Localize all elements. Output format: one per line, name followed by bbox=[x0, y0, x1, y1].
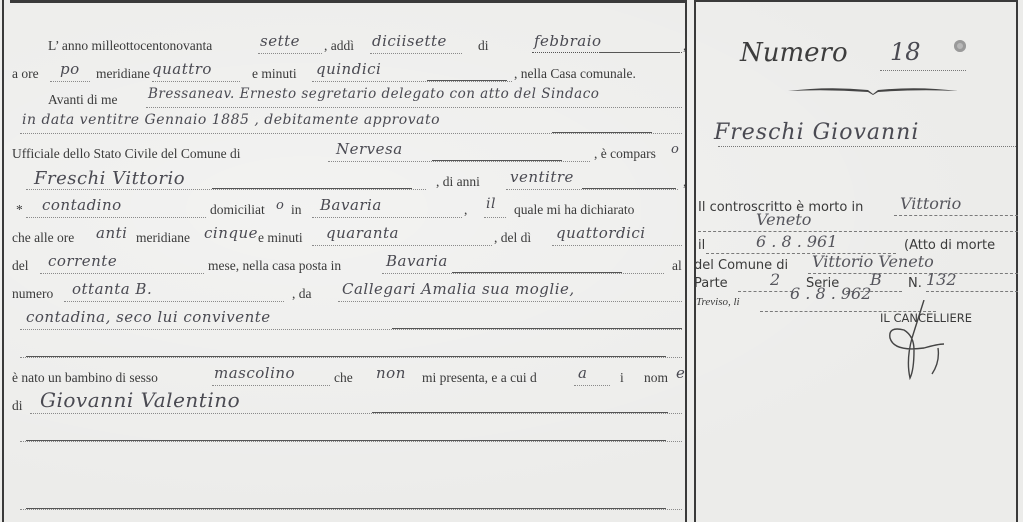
handwritten-annotation-date: 6 . 8 . 962 bbox=[790, 284, 871, 303]
label-dichiarato: quale mi ha dichiarato bbox=[514, 202, 634, 218]
label-avanti-di-me: Avanti di me bbox=[48, 92, 117, 108]
label-mese-casa: mese, nella casa posta in bbox=[208, 258, 341, 274]
label-comparso: , è compars bbox=[594, 146, 656, 162]
label-e-minuti: e minuti bbox=[252, 66, 297, 82]
label-comma: , bbox=[683, 38, 686, 54]
handwritten-age: ventitre bbox=[510, 168, 574, 186]
label-a-ore: a ore bbox=[12, 66, 39, 82]
line-blank-3 bbox=[12, 488, 684, 514]
label-domiciliat: domiciliat bbox=[210, 202, 265, 218]
handwritten-presents: non bbox=[376, 364, 406, 382]
handwritten-minutes: quindici bbox=[316, 60, 381, 78]
label-del-di: , del dì bbox=[494, 230, 531, 246]
handwritten-officer: Bressaneav. Ernesto segretario delegato … bbox=[148, 86, 599, 102]
label-casa-comunale: , nella Casa comunale. bbox=[514, 66, 636, 82]
handwritten-mother: Callegari Amalia sua moglie, bbox=[342, 280, 575, 298]
handwritten-year: sette bbox=[260, 32, 300, 50]
line-house-mother: numero ottanta B. , da Callegari Amalia … bbox=[12, 280, 684, 306]
handwritten-child-name: Giovanni Valentino bbox=[40, 388, 240, 412]
label-meridiane-2: meridiane bbox=[136, 230, 190, 246]
label-il: il bbox=[698, 238, 705, 253]
annotation-comune: del Comune di Vittorio Veneto bbox=[694, 256, 1023, 276]
line-birth-time: che alle ore anti meridiane cinque e min… bbox=[12, 224, 684, 250]
label-che: che bbox=[334, 370, 353, 386]
handwritten-comune: Nervesa bbox=[336, 140, 403, 158]
label-treviso-li: Treviso, li bbox=[696, 296, 740, 308]
numero-label: Numero bbox=[740, 38, 848, 68]
handwritten-sex: mascolino bbox=[214, 364, 295, 382]
label-ufficiale: Ufficiale dello Stato Civile del Comune … bbox=[12, 146, 240, 162]
handwritten-article: il bbox=[486, 196, 496, 212]
register-page: L’ anno milleottocentonovanta sette , ad… bbox=[0, 0, 1023, 522]
label-i: i bbox=[620, 370, 624, 386]
line-child-sex: è nato un bambino di sesso mascolino che… bbox=[12, 364, 684, 390]
label-di-anni: , di anni bbox=[436, 174, 480, 190]
handwritten-nome-ending: e bbox=[676, 364, 685, 382]
line-child-name: di Giovanni Valentino bbox=[12, 392, 684, 418]
label-parte: Parte bbox=[694, 276, 728, 291]
line-profession-residence: * contadino domiciliat o in Bavaria , il… bbox=[12, 196, 684, 222]
handwritten-residence: Bavaria bbox=[320, 196, 382, 214]
line-year-date: L’ anno milleottocentonovanta sette , ad… bbox=[12, 32, 684, 58]
label-e-nato: è nato un bambino di sesso bbox=[12, 370, 158, 386]
label-che-alle-ore: che alle ore bbox=[12, 230, 74, 246]
annotation-treviso: Treviso, li 6 . 8 . 962 bbox=[694, 294, 1023, 314]
label-atto-di-morte: (Atto di morte bbox=[904, 238, 995, 253]
handwritten-serie: B bbox=[870, 270, 882, 289]
label-numero: numero bbox=[12, 286, 53, 302]
handwritten-death-place-cont: Veneto bbox=[756, 210, 811, 229]
handwritten-domiciliat-ending: o bbox=[276, 198, 284, 213]
handwritten-gender-ending: o bbox=[671, 142, 679, 157]
handwritten-declarant: Freschi Vittorio bbox=[34, 168, 185, 189]
label-al: al bbox=[672, 258, 682, 274]
handwritten-day: diciisette bbox=[372, 32, 447, 50]
label-meridiane: meridiane bbox=[96, 66, 150, 82]
handwritten-mother-detail: contadina, seco lui convivente bbox=[26, 308, 271, 326]
handwritten-month: febbraio bbox=[534, 32, 602, 50]
line-officer: Avanti di me Bressaneav. Ernesto segreta… bbox=[12, 86, 684, 112]
handwritten-act-number: 132 bbox=[926, 270, 957, 289]
birth-certificate-entry: L’ anno milleottocentonovanta sette , ad… bbox=[0, 0, 694, 522]
handwritten-parte: 2 bbox=[770, 270, 780, 289]
label-di-name: di bbox=[12, 398, 23, 414]
label-di: di bbox=[478, 38, 489, 54]
handwritten-hour: quattro bbox=[152, 60, 212, 78]
handwritten-month-corrente: corrente bbox=[48, 252, 117, 270]
handwritten-birth-place: Bavaria bbox=[386, 252, 448, 270]
label-comma-3: , bbox=[464, 202, 467, 218]
handwritten-death-place: Vittorio bbox=[900, 194, 961, 213]
handwritten-death-date: 6 . 8 . 961 bbox=[756, 232, 837, 251]
handwritten-registered-name: Freschi Giovanni bbox=[714, 120, 919, 145]
numero-underline bbox=[880, 70, 966, 71]
label-in: in bbox=[291, 202, 302, 218]
label-asterisk: * bbox=[16, 202, 23, 218]
label-n: N. bbox=[908, 276, 922, 291]
numero-value: 18 bbox=[890, 38, 921, 66]
handwritten-delegation: in data ventitre Gennaio 1885 , debitame… bbox=[22, 112, 440, 128]
flourish-divider-icon bbox=[788, 86, 958, 96]
handwritten-da: a bbox=[578, 364, 587, 382]
label-comma-2: , bbox=[683, 174, 686, 190]
handwritten-birth-day: quattordici bbox=[556, 224, 646, 242]
annotation-died-in-cont: Veneto bbox=[694, 214, 1023, 234]
line-birth-place: del corrente mese, nella casa posta in B… bbox=[12, 252, 684, 278]
line-blank bbox=[12, 336, 684, 362]
label-mi-presenta: mi presenta, e a cui d bbox=[422, 370, 537, 386]
handwritten-birth-hour: cinque bbox=[204, 224, 258, 242]
handwritten-ampm: po bbox=[60, 60, 80, 78]
handwritten-birth-minutes: quaranta bbox=[326, 224, 399, 242]
handwritten-house-number: ottanta B. bbox=[72, 280, 152, 298]
label-del: del bbox=[12, 258, 29, 274]
handwritten-death-comune: Vittorio Veneto bbox=[812, 252, 934, 271]
label-year: L’ anno milleottocentonovanta bbox=[48, 38, 212, 54]
label-e-minuti-2: e minuti bbox=[258, 230, 303, 246]
label-addi: , addì bbox=[324, 38, 354, 54]
cancelliere-signature-icon bbox=[884, 300, 954, 395]
label-nom: nom bbox=[644, 370, 668, 386]
handwritten-birth-ampm: anti bbox=[96, 224, 127, 242]
register-margin-panel: Numero 18 Freschi Giovanni Il controscri… bbox=[694, 0, 1023, 522]
handwritten-profession: contadino bbox=[42, 196, 122, 214]
line-declarant: Freschi Vittorio , di anni ventitre , bbox=[12, 168, 684, 194]
line-blank-2 bbox=[12, 420, 684, 446]
name-underline bbox=[718, 146, 1016, 147]
stamp-dot-icon bbox=[954, 40, 966, 52]
line-mother-detail: contadina, seco lui convivente bbox=[12, 308, 684, 334]
line-hour: a ore po meridiane quattro e minuti quin… bbox=[12, 60, 684, 86]
label-da: , da bbox=[292, 286, 312, 302]
line-delegation: in data ventitre Gennaio 1885 , debitame… bbox=[12, 112, 684, 138]
line-comune: Ufficiale dello Stato Civile del Comune … bbox=[12, 140, 684, 166]
